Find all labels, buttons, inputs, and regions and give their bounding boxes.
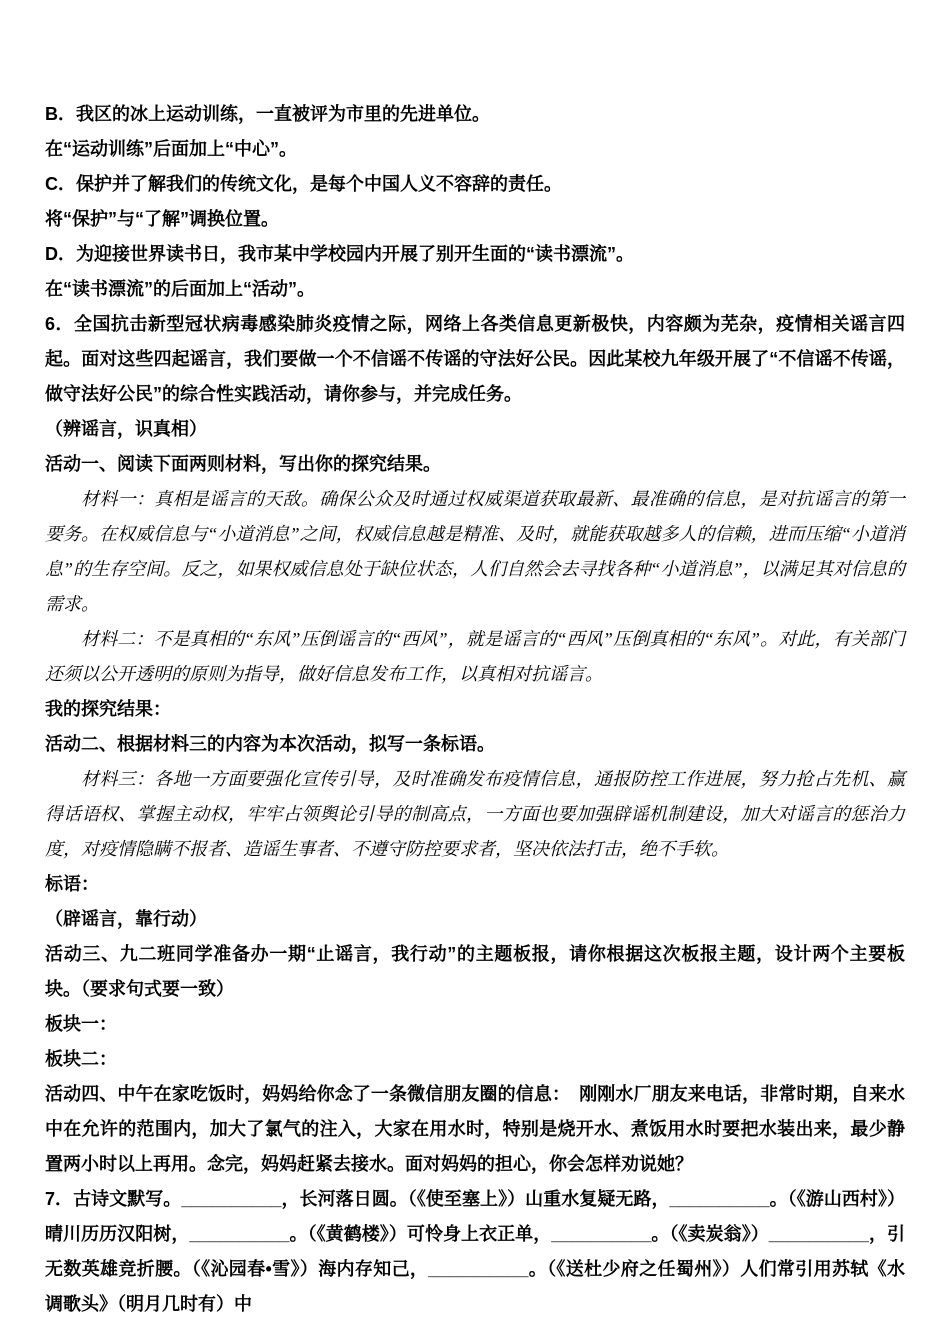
paragraph-14: 材料三：各地一方面要强化宣传引导，及时准确发布疫情信息，通报防控工作进展，努力抢… <box>45 762 905 867</box>
paragraph-21: 7．古诗文默写。__________，长河落日圆。（《使至塞上》）山重水复疑无路… <box>45 1182 905 1322</box>
paragraph-5: D．为迎接世界读书日，我市某中学校园内开展了别开生面的“读书漂流”。 <box>45 237 905 272</box>
paragraph-17: 活动三、九二班同学准备办一期“止谣言，我行动”的主题板报，请你根据这次板报主题，… <box>45 937 905 1007</box>
paragraph-3: C．保护并了解我们的传统文化，是每个中国人义不容辞的责任。 <box>45 167 905 202</box>
paragraph-18: 板块一： <box>45 1007 905 1042</box>
paragraph-10: 材料一：真相是谣言的天敌。确保公众及时通过权威渠道获取最新、最准确的信息，是对抗… <box>45 482 905 622</box>
paragraph-13: 活动二、根据材料三的内容为本次活动，拟写一条标语。 <box>45 727 905 762</box>
paragraph-2: 在“运动训练”后面加上“中心”。 <box>45 132 905 167</box>
paragraph-9: 活动一、阅读下面两则材料，写出你的探究结果。 <box>45 447 905 482</box>
paragraph-19: 板块二： <box>45 1042 905 1077</box>
paragraph-12: 我的探究结果： <box>45 692 905 727</box>
paragraph-8: （辨谣言，识真相） <box>45 412 905 447</box>
paragraph-16: （辟谣言，靠行动） <box>45 902 905 937</box>
paragraph-11: 材料二：不是真相的“东风”压倒谣言的“西风”，就是谣言的“西风”压倒真相的“东风… <box>45 622 905 692</box>
exam-page: B．我区的冰上运动训练，一直被评为市里的先进单位。在“运动训练”后面加上“中心”… <box>0 0 950 1344</box>
document-body: B．我区的冰上运动训练，一直被评为市里的先进单位。在“运动训练”后面加上“中心”… <box>45 97 905 1322</box>
paragraph-1: B．我区的冰上运动训练，一直被评为市里的先进单位。 <box>45 97 905 132</box>
paragraph-15: 标语： <box>45 867 905 902</box>
paragraph-20: 活动四、中午在家吃饭时，妈妈给你念了一条微信朋友圈的信息： 刚刚水厂朋友来电话，… <box>45 1077 905 1182</box>
paragraph-4: 将“保护”与“了解”调换位置。 <box>45 202 905 237</box>
paragraph-6: 在“读书漂流”的后面加上“活动”。 <box>45 272 905 307</box>
paragraph-7: 6．全国抗击新型冠状病毒感染肺炎疫情之际，网络上各类信息更新极快，内容颇为芜杂，… <box>45 307 905 412</box>
